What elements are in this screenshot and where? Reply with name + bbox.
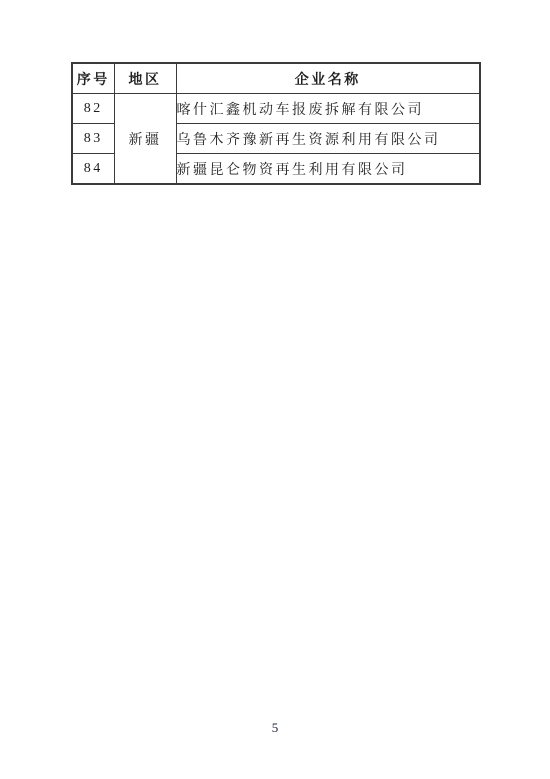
page-number: 5 xyxy=(0,720,550,736)
company-table: 序号 地区 企业名称 82 新疆 喀什汇鑫机动车报废拆解有限公司 83 乌鲁木齐… xyxy=(71,62,481,185)
header-region: 地区 xyxy=(114,63,176,94)
header-company-name: 企业名称 xyxy=(176,63,480,94)
company-name-cell: 喀什汇鑫机动车报废拆解有限公司 xyxy=(176,94,480,124)
table-header-row: 序号 地区 企业名称 xyxy=(72,63,480,94)
region-cell: 新疆 xyxy=(114,94,176,185)
document-page: 序号 地区 企业名称 82 新疆 喀什汇鑫机动车报废拆解有限公司 83 乌鲁木齐… xyxy=(0,0,550,779)
serial-number-cell: 82 xyxy=(72,94,114,124)
company-name-cell: 新疆昆仑物资再生利用有限公司 xyxy=(176,154,480,185)
serial-number-cell: 84 xyxy=(72,154,114,185)
table-row: 82 新疆 喀什汇鑫机动车报废拆解有限公司 xyxy=(72,94,480,124)
serial-number-cell: 83 xyxy=(72,124,114,154)
header-serial-number: 序号 xyxy=(72,63,114,94)
company-name-cell: 乌鲁木齐豫新再生资源利用有限公司 xyxy=(176,124,480,154)
